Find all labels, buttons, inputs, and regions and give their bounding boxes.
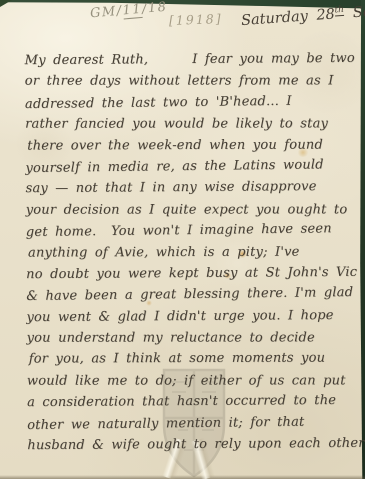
- letter-body: My dearest Ruth, I fear you may be two o…: [25, 48, 362, 457]
- letter-line: your decision as I quite expect you ough…: [26, 199, 360, 221]
- letter-line: & have been a great blessing there. I'm …: [26, 282, 360, 307]
- letter-line: other we naturally mention it; for that: [27, 411, 361, 436]
- letter-line: there over the week-end when you found: [27, 134, 361, 157]
- archival-reference-prefix: GM/: [89, 4, 123, 22]
- scan-edge-bottom: [0, 475, 365, 479]
- letter-line: anything of Avie, which is a pity; I've: [28, 241, 362, 264]
- letter-line: addressed the last two to 'B'head... I: [25, 90, 359, 115]
- letter-line: you went & glad I didn't urge you. I hop…: [26, 305, 360, 329]
- letter-line: would like me to do; if either of us can…: [27, 370, 361, 392]
- archival-reference-number: 11: [122, 2, 143, 20]
- letter-line: for you, as I think at some moments you: [29, 348, 363, 371]
- letter-line: My dearest Ruth, I fear you may be two: [25, 48, 359, 72]
- scanned-letter-page: { "document": { "archival_reference": { …: [0, 0, 365, 479]
- letter-line: rather fancied you would be likely to st…: [25, 114, 359, 136]
- archival-reference-suffix: /18: [141, 0, 168, 17]
- year-annotation: [1918]: [169, 11, 223, 28]
- date-month: Sept: [344, 3, 365, 22]
- letter-line: or three days without letters from me as…: [25, 71, 359, 93]
- letter-line: a consideration that hasn't occurred to …: [27, 390, 361, 414]
- letter-line: get home. You won't I imagine have seen: [26, 218, 360, 243]
- letter-line: yourself in media re, as the Latins woul…: [25, 154, 359, 179]
- letter-line: you understand my reluctance to decide: [27, 327, 361, 349]
- letter-line: say — not that I in any wise disapprove: [25, 176, 359, 200]
- letter-line: husband & wife ought to rely upon each o…: [27, 433, 361, 457]
